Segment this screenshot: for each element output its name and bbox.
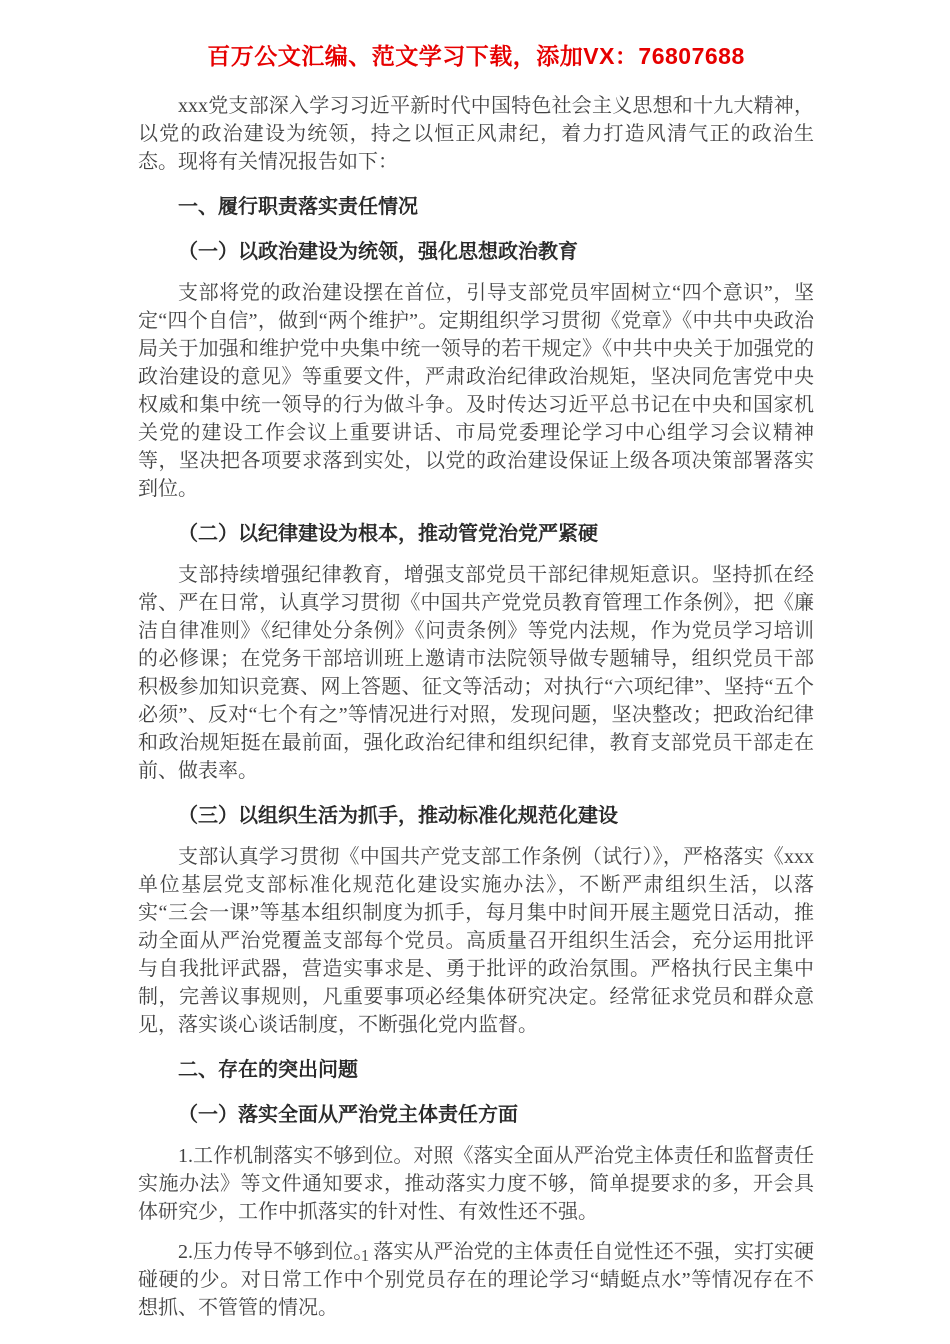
document-page: 百万公文汇编、范文学习下载，添加VX：76807688 xxx党支部深入学习习近… [0,0,950,1344]
subsection-heading: （一）以政治建设为统领，强化思想政治教育 [138,238,814,266]
body-paragraph: 1.工作机制落实不够到位。对照《落实全面从严治党主体责任和监督责任实施办法》等文… [138,1142,814,1226]
document-content: 百万公文汇编、范文学习下载，添加VX：76807688 xxx党支部深入学习习近… [138,42,814,1334]
subsection-heading: （二）以纪律建设为根本，推动管党治党严紧硬 [138,520,814,548]
section-heading: 一、履行职责落实责任情况 [138,193,814,221]
document-body: xxx党支部深入学习习近平新时代中国特色社会主义思想和十九大精神，以党的政治建设… [138,92,814,1322]
body-paragraph: 支部将党的政治建设摆在首位，引导支部党员牢固树立“四个意识”，坚定“四个自信”，… [138,279,814,503]
subsection-heading: （三）以组织生活为抓手，推动标准化规范化建设 [138,802,814,830]
subsection-heading: （一）落实全面从严治党主体责任方面 [138,1101,814,1129]
body-paragraph: 支部持续增强纪律教育，增强支部党员干部纪律规矩意识。坚持抓在经常、严在日常，认真… [138,561,814,785]
body-paragraph: 支部认真学习贯彻《中国共产党支部工作条例（试行）》，严格落实《xxx单位基层党支… [138,843,814,1039]
page-number: 1 [0,1246,730,1266]
body-paragraph: xxx党支部深入学习习近平新时代中国特色社会主义思想和十九大精神，以党的政治建设… [138,92,814,176]
promo-header-text: 百万公文汇编、范文学习下载，添加VX：76807688 [138,42,814,70]
section-heading: 二、存在的突出问题 [138,1056,814,1084]
